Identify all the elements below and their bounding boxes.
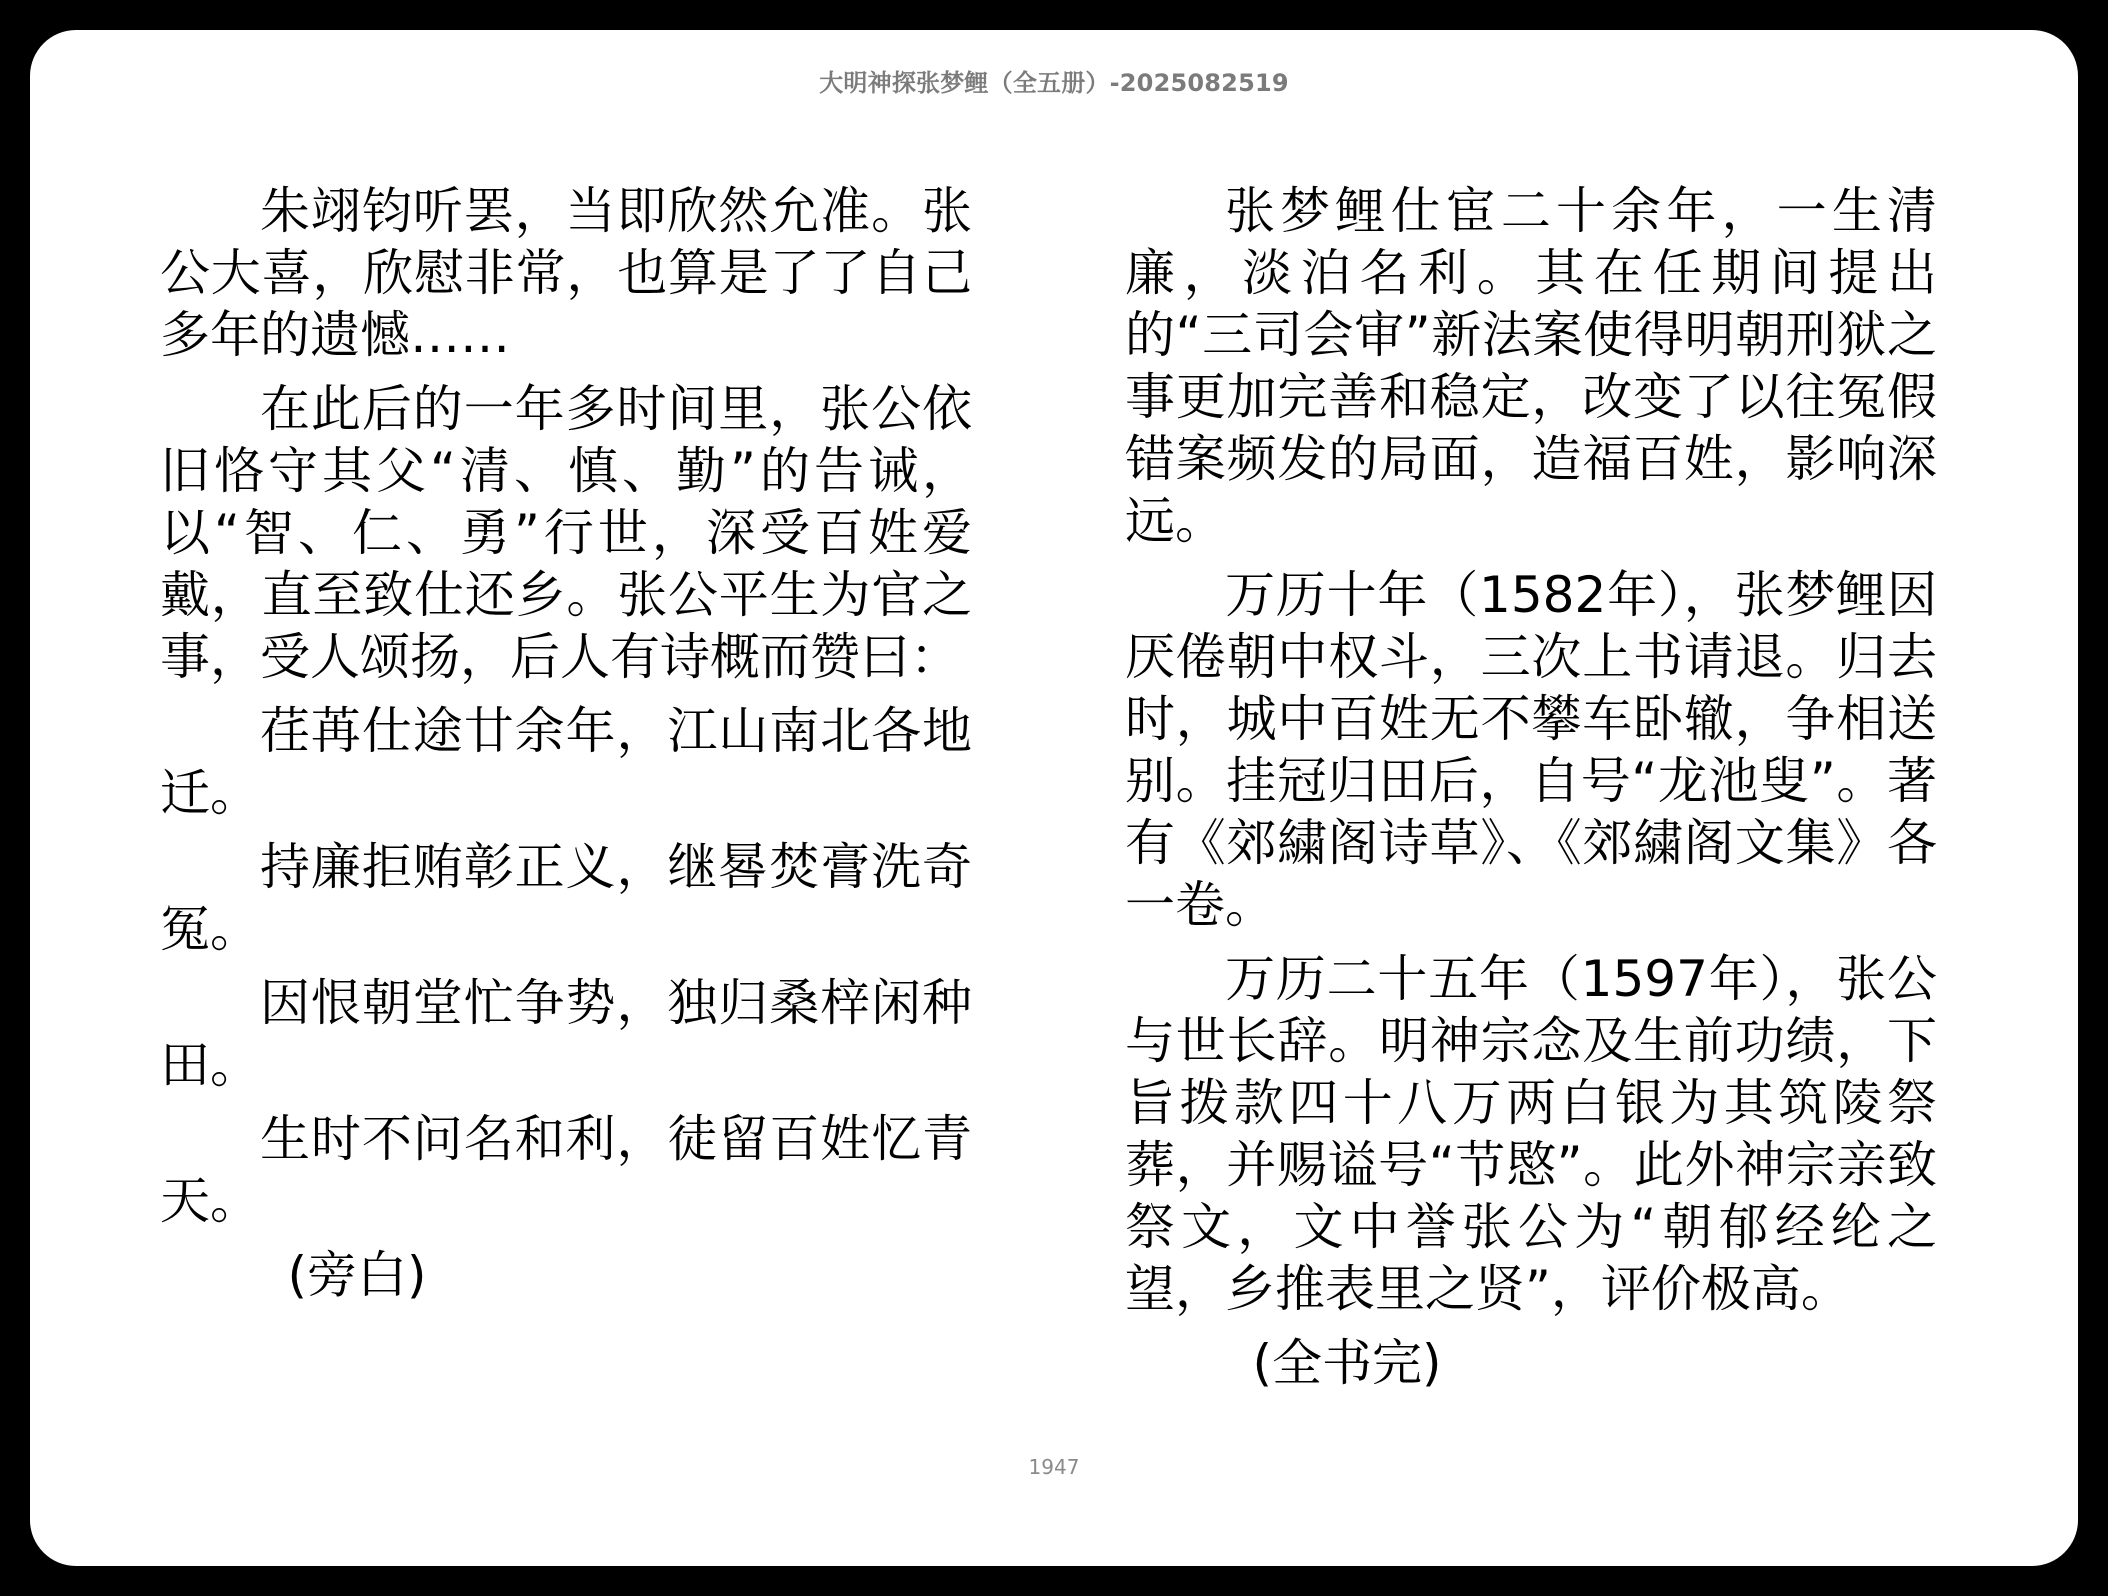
paragraph: 在此后的一年多时间里，张公依旧恪守其父“清、慎、勤”的告诫，以“智、仁、勇”行世… xyxy=(160,378,972,688)
paragraph: 万历十年（1582年），张梦鲤因厌倦朝中权斗，三次上书请退。归去时，城中百姓无不… xyxy=(1125,564,1937,936)
right-page-column: 张梦鲤仕宦二十余年，一生清廉，淡泊名利。其在任期间提出的“三司会审”新法案使得明… xyxy=(1125,180,1937,1406)
poem-line: 荏苒仕途廿余年，江山南北各地迁。 xyxy=(160,700,972,824)
paragraph: 万历二十五年（1597年），张公与世长辞。明神宗念及生前功绩，下旨拨款四十八万两… xyxy=(1125,948,1937,1320)
book-title: 大明神探张梦鲤（全五册）-2025082519 xyxy=(30,68,2078,98)
narration-note: (旁白) xyxy=(160,1244,972,1306)
page-number: 1947 xyxy=(30,1454,2078,1480)
reader-page[interactable]: 大明神探张梦鲤（全五册）-2025082519 朱翊钧听罢，当即欣然允准。张公大… xyxy=(30,30,2078,1566)
left-page-column: 朱翊钧听罢，当即欣然允准。张公大喜，欣慰非常，也算是了了自己多年的遗憾…… 在此… xyxy=(160,180,972,1318)
paragraph: 朱翊钧听罢，当即欣然允准。张公大喜，欣慰非常，也算是了了自己多年的遗憾…… xyxy=(160,180,972,366)
paragraph: 张梦鲤仕宦二十余年，一生清廉，淡泊名利。其在任期间提出的“三司会审”新法案使得明… xyxy=(1125,180,1937,552)
poem-line: 生时不问名和利，徒留百姓忆青天。 xyxy=(160,1108,972,1232)
poem-line: 因恨朝堂忙争势，独归桑梓闲种田。 xyxy=(160,972,972,1096)
end-of-book-note: (全书完) xyxy=(1125,1332,1937,1394)
poem-line: 持廉拒贿彰正义，继晷焚膏洗奇冤。 xyxy=(160,836,972,960)
